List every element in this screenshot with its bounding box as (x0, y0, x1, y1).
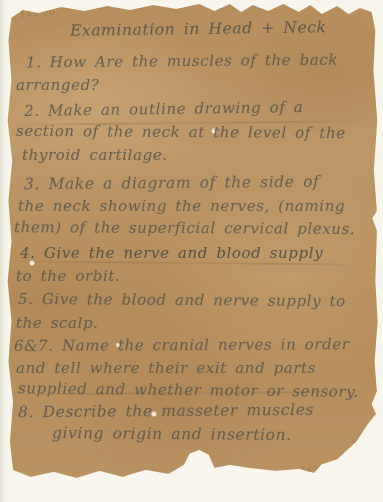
handwritten-line-q5: 5. Give the blood and nerve supply to (18, 290, 346, 310)
handwritten-line-q2: 2. Make an outline drawing of a (24, 98, 304, 120)
scanned-document: 143.00 143.00 Examination in Head + Neck… (0, 0, 383, 502)
handwritten-line-q8: 8. Describe the masseter muscles (18, 401, 314, 422)
handwritten-line-q2-cont2: thyroid cartilage. (22, 146, 168, 164)
handwritten-line-q8-cont: giving origin and insertion. (52, 424, 292, 444)
document-title: Examination in Head + Neck (70, 18, 327, 40)
aged-paper-sheet: 143.00 143.00 Examination in Head + Neck… (0, 0, 383, 502)
handwritten-line-q3-cont2: them) of the superficial cervical plexus… (14, 218, 355, 238)
handwritten-line-q2-cont: section of the neck at the level of the (16, 122, 346, 142)
handwritten-line-q4-cont: to the orbit. (16, 267, 120, 285)
handwritten-line-q5-cont: the scalp. (16, 314, 99, 332)
handwritten-line-q3: 3. Make a diagram of the side of (24, 173, 319, 194)
pencil-mark-top-left: 143.00 (20, 8, 56, 20)
handwritten-line-q3-cont: the neck showing the nerves, (naming (18, 197, 345, 215)
handwritten-line-q6-7-cont2: supplied and whether motor or sensory. (18, 379, 359, 401)
pencil-mark-bottom-right: 143.00 (300, 466, 336, 476)
handwritten-line-q6-7: 6&7. Name the cranial nerves in order (14, 335, 350, 355)
handwritten-line-q6-7-cont: and tell where their exit and parts (16, 359, 316, 377)
handwritten-line-q1: 1. How Are the muscles of the back (26, 51, 338, 72)
handwritten-line-q1-cont: arranged? (16, 76, 99, 94)
handwritten-line-q4: 4. Give the nerve and blood supply (20, 244, 323, 262)
